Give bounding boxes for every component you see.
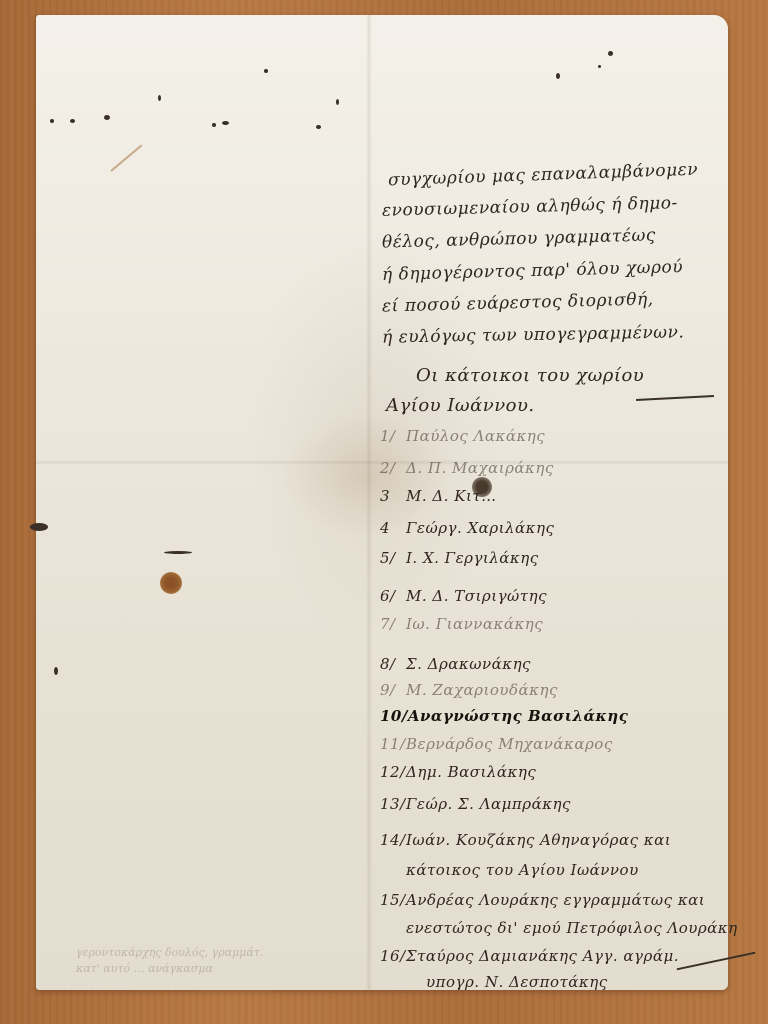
ink-speck <box>212 123 216 127</box>
signatory-row: 2/Δ. Π. Μαχαιράκης <box>380 459 554 477</box>
ink-speck <box>50 119 54 123</box>
body-line: ενουσιωμεναίου αληθώς ή δημο- <box>382 193 678 221</box>
signatory-row: 15/Ανδρέας Λουράκης εγγραμμάτως και <box>380 891 705 909</box>
signatory-row: 4Γεώργ. Χαριλάκης <box>380 519 554 537</box>
signatory-row: 8/Σ. Δρακωνάκης <box>380 655 531 673</box>
signatory-row: 12/Δημ. Βασιλάκης <box>380 763 536 781</box>
ink-speck <box>598 65 601 68</box>
brown-stain <box>160 572 182 594</box>
signature-flourish <box>677 952 756 971</box>
ink-speck <box>608 51 613 56</box>
ink-speck <box>556 73 560 79</box>
ink-speck <box>316 125 321 129</box>
body-line: εί ποσού ευάρεστος διορισθή, <box>382 289 654 316</box>
signatory-row-continuation: υπογρ. Ν. Δεσποτάκης <box>426 973 608 991</box>
signatory-row: 7/Ιω. Γιαννακάκης <box>380 615 543 633</box>
signatory-row: 5/Ι. Χ. Γεργιλάκης <box>380 549 539 567</box>
ink-speck <box>54 667 58 675</box>
body-line: ή δημογέροντος παρ' όλου χωρού <box>382 257 684 285</box>
paper-scratch <box>110 145 142 172</box>
signatory-row: 1/Παύλος Λακάκης <box>380 427 545 445</box>
signatory-row: 14/Ιωάν. Κουζάκης Αθηναγόρας και <box>380 831 671 849</box>
manuscript-page: γεροντοκάρχης δουλός, γραμμάτ. κατ' αυτό… <box>36 15 728 990</box>
signatory-row: 16/Σταύρος Δαμιανάκης Αγγ. αγράμ. <box>380 947 679 965</box>
signatory-row: 3Μ. Δ. Κιτ… <box>380 487 497 505</box>
heading-line-1: Οι κάτοικοι του χωρίου <box>416 365 644 386</box>
signatory-row-continuation: κάτοικος του Αγίου Ιωάννου <box>406 861 639 879</box>
ink-speck <box>30 523 48 531</box>
signatory-row: 9/Μ. Ζαχαριουδάκης <box>380 681 558 699</box>
signatory-row: 13/Γεώρ. Σ. Λαμπράκης <box>380 795 571 813</box>
ink-speck <box>158 95 161 101</box>
ink-speck <box>164 551 192 554</box>
heading-line-2: Αγίου Ιωάννου. <box>386 395 535 416</box>
ink-speck <box>222 121 229 125</box>
ink-speck <box>264 69 268 73</box>
ink-speck <box>104 115 110 120</box>
signatory-row: 11/Βερνάρδος Μηχανάκαρος <box>380 735 613 753</box>
signatory-row: 6/Μ. Δ. Τσιριγώτης <box>380 587 547 605</box>
signatory-row-continuation: ενεστώτος δι' εμού Πετρόφιλος Λουράκη <box>406 919 738 937</box>
ink-speck <box>70 119 75 123</box>
signatory-row: 10/Αναγνώστης Βασιλάκης <box>380 707 628 725</box>
ink-speck <box>336 99 339 105</box>
body-line: θέλος, ανθρώπου γραμματέως <box>382 225 656 252</box>
body-line: συγχωρίου μας επαναλαμβάνομεν <box>388 160 699 191</box>
bleed-through-text: γεροντοκάρχης δουλός, γραμμάτ. κατ' αυτό… <box>76 945 326 977</box>
body-line: ή ευλόγως των υπογεγραμμένων. <box>382 322 685 347</box>
vertical-fold-crease <box>366 15 372 990</box>
heading-underline <box>636 395 714 401</box>
